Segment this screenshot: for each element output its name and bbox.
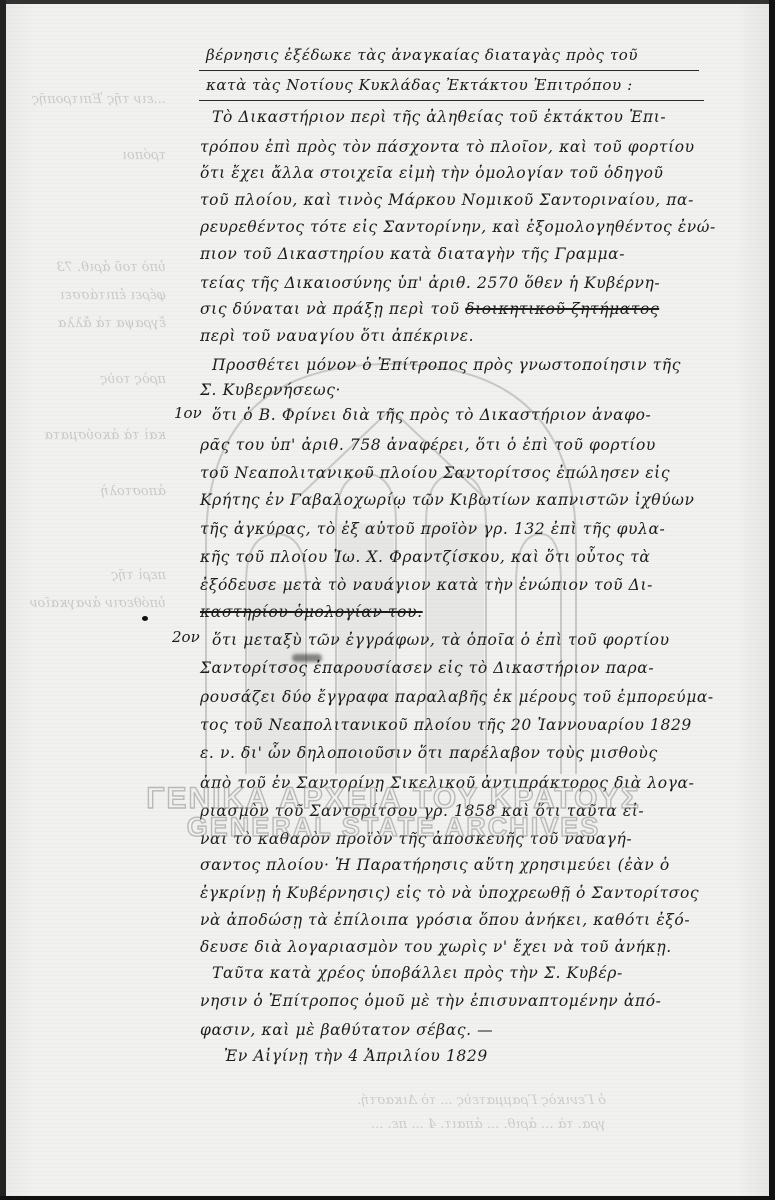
body-line: νὰ ἀποδώσῃ τὰ ἐπίλοιπα γρόσια ὅπου ἀνήκε… xyxy=(200,911,690,929)
body-line: ριασμὸν τοῦ Σαντορίτσου γρ. 1858 καὶ ὅτι… xyxy=(200,802,644,820)
bleed-through-bottom: ὁ Γενικὸς Γραμματεὺς ... τὸ Δικαστή. γρα… xyxy=(156,1089,606,1137)
body-line: ἐγκρίνῃ ἡ Κυβέρνησις) εἰς τὸ νὰ ὑποχρεωθ… xyxy=(200,884,699,902)
bleed-line: ὑπὸ τοῦ ἀριθ. 73 xyxy=(16,254,166,282)
body-line: ἐξόδευσε μετὰ τὸ ναυάγιον κατὰ τὴν ἐνώπι… xyxy=(200,576,653,594)
bleed-line: ...ειν τῆς Ἐπιτροπῆς xyxy=(16,86,166,114)
body-line: ρᾶς του ὑπ' ἀριθ. 758 ἀναφέρει, ὅτι ὁ ἐπ… xyxy=(200,436,656,454)
bleed-line xyxy=(16,198,166,226)
body-line: τοῦ πλοίου, καὶ τινὸς Μάρκου Νομικοῦ Σαν… xyxy=(200,191,694,209)
body-line: Ταῦτα κατὰ χρέος ὑποβάλλει πρὸς τὴν Σ. Κ… xyxy=(212,964,623,982)
bleed-through-left: ...ειν τῆς Ἐπιτροπῆς τρόποι ὑπὸ τοῦ ἀριθ… xyxy=(16,86,166,618)
manuscript-page: ...ειν τῆς Ἐπιτροπῆς τρόποι ὑπὸ τοῦ ἀριθ… xyxy=(6,4,769,1196)
bleed-line xyxy=(16,114,166,142)
bleed-line: γρα. τὰ ... ἀριθ. ... ἀπαιτ. 4 ... πε. .… xyxy=(156,1113,606,1137)
scan-bottom-border xyxy=(0,1196,775,1200)
struck-text: διοικητικοῦ ζητήματος xyxy=(465,300,659,318)
body-line: τρόπου ἐπὶ πρὸς τὸν πάσχοντα τὸ πλοῖον, … xyxy=(200,138,695,156)
list-marker-1: 1ον xyxy=(174,404,202,422)
bleed-line xyxy=(16,170,166,198)
bleed-line: περὶ τῆς xyxy=(16,562,166,590)
body-line: τος τοῦ Νεαπολιτανικοῦ πλοίου τῆς 20 Ἰαν… xyxy=(200,716,692,734)
body-line-struck: καστηρίου ὁμολογίαν του. xyxy=(200,603,423,621)
body-line: φασιν, καὶ μὲ βαθύτατον σέβας. — xyxy=(200,1021,493,1039)
body-line: Τὸ Δικαστήριον περὶ τῆς ἀληθείας τοῦ ἐκτ… xyxy=(212,108,666,126)
body-line: Κρήτης ἐν Γαβαλοχωρίῳ τῶν Κιβωτίων καπνι… xyxy=(200,491,695,509)
body-line: Προσθέτει μόνον ὁ Ἐπίτροπος πρὸς γνωστοπ… xyxy=(212,356,681,374)
bleed-line: ἔγραψα τὰ ἄλλα xyxy=(16,310,166,338)
body-line: περὶ τοῦ ναυαγίου ὅτι ἀπέκρινε. xyxy=(200,327,474,345)
heading-line-2: κατὰ τὰς Νοτίους Κυκλάδας Ἐκτάκτου Ἐπιτρ… xyxy=(206,76,633,94)
bleed-line: καὶ τὰ ἀκούσματα xyxy=(16,422,166,450)
body-line: ρευρεθέντος τότε εἰς Σαντορίνην, καὶ ἐξο… xyxy=(200,218,716,236)
body-line: τείας τῆς Δικαιοσύνης ὑπ' ἀριθ. 2570 ὅθε… xyxy=(200,274,660,292)
body-line: ὅτι ὁ Β. Φρίνει διὰ τῆς πρὸς τὸ Δικαστήρ… xyxy=(212,406,651,424)
bleed-line: ἀποστολὴ xyxy=(16,478,166,506)
body-line: ρουσάζει δύο ἔγγραφα παραλαβῆς ἐκ μέρους… xyxy=(200,688,714,706)
bleed-line xyxy=(16,226,166,254)
body-line: τῆς ἀγκύρας, τὸ ἐξ αὐτοῦ προϊὸν γρ. 132 … xyxy=(200,520,665,538)
heading-underline-2 xyxy=(199,100,704,101)
body-line: Σ. Κυβερνήσεως· xyxy=(200,381,341,399)
bleed-line: φέρει ἐπιτάσσει xyxy=(16,282,166,310)
bleed-line xyxy=(16,338,166,366)
body-line: ὅτι μεταξὺ τῶν ἐγγράφων, τὰ ὁποῖα ὁ ἐπὶ … xyxy=(212,631,670,649)
bleed-line xyxy=(16,394,166,422)
bleed-line xyxy=(16,450,166,478)
body-line: Σαντορίτσος ἐπαρουσίασεν εἰς τὸ Δικαστήρ… xyxy=(200,659,654,677)
scan-right-border xyxy=(769,0,775,1200)
body-line: ὅτι ἔχει ἄλλα στοιχεῖα εἰμὴ τὴν ὁμολογία… xyxy=(200,164,664,182)
body-line-with-strikethrough: σις δύναται νὰ πράξῃ περὶ τοῦ διοικητικο… xyxy=(200,300,659,318)
body-line: νησιν ὁ Ἐπίτροπος ὁμοῦ μὲ τὴν ἐπισυναπτο… xyxy=(200,992,661,1010)
bleed-line: ὁ Γενικὸς Γραμματεὺς ... τὸ Δικαστή. xyxy=(156,1089,606,1113)
body-line: ε. ν. δι' ὧν δηλοποιοῦσιν ὅτι παρέλαβον … xyxy=(200,744,658,762)
heading-underline-1 xyxy=(199,70,699,71)
body-line: πιον τοῦ Δικαστηρίου κατὰ διαταγὴν τῆς Γ… xyxy=(200,245,625,263)
body-line: δευσε διὰ λογαριασμὸν του χωρὶς ν' ἔχει … xyxy=(200,938,672,956)
body-line: σαντος πλοίου· Ἡ Παρατήρησις αὕτη χρησιμ… xyxy=(200,856,670,874)
bleed-line: ὑπόθεσιν ἀναγκαῖον xyxy=(16,590,166,618)
list-marker-2: 2ον xyxy=(172,628,200,646)
ink-blot xyxy=(142,616,148,621)
bleed-line xyxy=(16,534,166,562)
body-line: ἀπὸ τοῦ ἐν Σαντορίνῃ Σικελικοῦ ἀντιπράκτ… xyxy=(200,774,694,792)
heading-line-1: βέρνησις ἐξέδωκε τὰς ἀναγκαίας διαταγὰς … xyxy=(206,46,638,64)
body-line: τοῦ Νεαπολιτανικοῦ πλοίου Σαντορίτσος ἐπ… xyxy=(200,464,670,482)
body-line: κῆς τοῦ πλοίου Ἰω. Χ. Φραντζίσκου, καὶ ὅ… xyxy=(200,548,650,566)
bleed-line: τρόποι xyxy=(16,142,166,170)
bleed-line xyxy=(16,506,166,534)
closing-place-date: Ἐν Αἰγίνῃ τὴν 4 Ἀπριλίου 1829 xyxy=(224,1047,488,1065)
body-line: ναι τὸ καθαρὸν προϊὸν τῆς ἀποσκευῆς τοῦ … xyxy=(200,830,632,848)
bleed-line: πρὸς τοὺς xyxy=(16,366,166,394)
